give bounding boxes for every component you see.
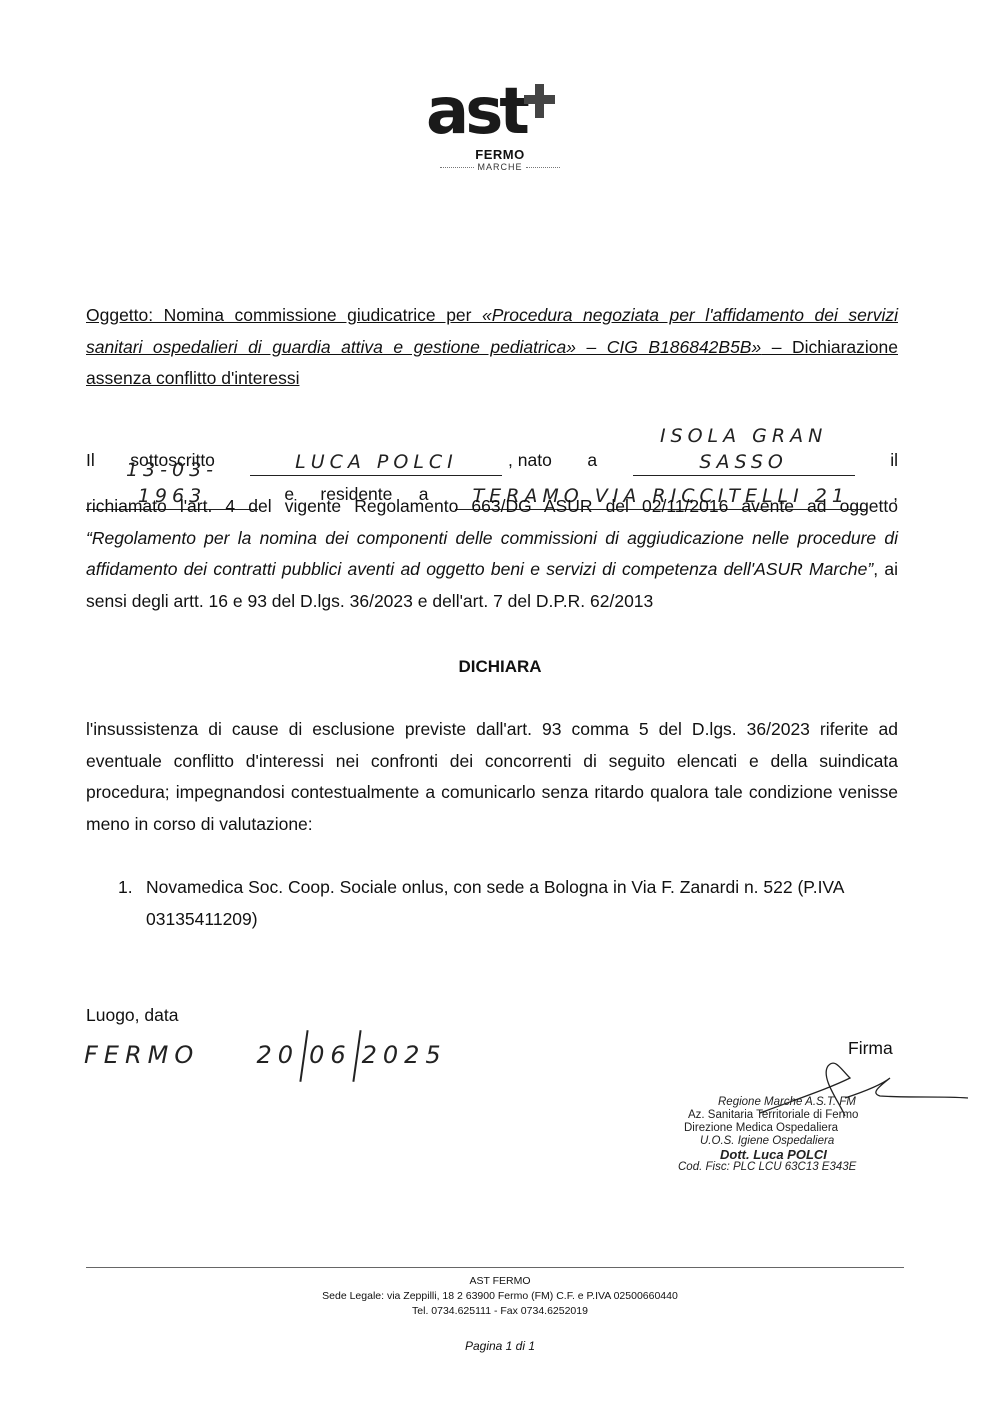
competitor-list: 1. Novamedica Soc. Coop. Sociale onlus, … <box>118 872 898 935</box>
signature-label: Firma <box>848 1038 893 1059</box>
subject: Oggetto: Nomina commissione giudicatrice… <box>86 300 898 395</box>
subject-prefix: Oggetto: Nomina commissione giudicatrice… <box>86 305 482 325</box>
stamp-line: Regione Marche A.S.T. FM <box>660 1096 950 1109</box>
date-day: 20 <box>257 1041 300 1069</box>
footer-contacts: Tel. 0734.625111 - Fax 0734.6252019 <box>0 1304 1000 1319</box>
list-item-number: 1. <box>118 872 133 904</box>
date-month: 06 <box>309 1041 352 1069</box>
ast-fermo-logo: ast FERMO MARCHE <box>420 82 580 192</box>
place-date-label: Luogo, data <box>86 1005 178 1026</box>
page-number: Pagina 1 di 1 <box>0 1339 1000 1353</box>
footer-org: AST FERMO <box>0 1274 1000 1289</box>
date-separator <box>352 1030 361 1082</box>
stamp-line: Direzione Medica Ospedaliera <box>660 1122 950 1135</box>
insussistenza-paragraph: l'insussistenza di cause di esclusione p… <box>86 714 898 840</box>
footer-address: Sede Legale: via Zeppilli, 18 2 63900 Fe… <box>0 1289 1000 1304</box>
date-year: 2025 <box>362 1041 447 1069</box>
stamp-fiscal-code: Cod. Fisc: PLC LCU 63C13 E343E <box>660 1161 950 1174</box>
dichiara-heading: DICHIARA <box>0 657 1000 677</box>
stamp-line: Az. Sanitaria Territoriale di Fermo <box>660 1109 950 1122</box>
logo-region-row: MARCHE <box>420 162 580 172</box>
stamp-name: Dott. Luca POLCI <box>660 1148 950 1161</box>
divider <box>526 167 560 168</box>
list-item-text: Novamedica Soc. Coop. Sociale onlus, con… <box>146 872 898 935</box>
date-separator <box>299 1030 308 1082</box>
official-stamp: Regione Marche A.S.T. FM Az. Sanitaria T… <box>660 1096 950 1174</box>
footer: AST FERMO Sede Legale: via Zeppilli, 18 … <box>0 1274 1000 1319</box>
medical-cross-icon-bar <box>524 95 555 104</box>
list-item: 1. Novamedica Soc. Coop. Sociale onlus, … <box>118 872 898 935</box>
declaration-paragraph: richiamato l'art. 4 del vigente Regolame… <box>86 491 898 617</box>
footer-divider <box>86 1267 904 1268</box>
place-date-field[interactable]: FERMO 20062025 <box>84 1030 447 1082</box>
paragraph-text-1: richiamato l'art. 4 del vigente Regolame… <box>86 496 898 516</box>
logo-brand-text: ast <box>426 82 526 142</box>
divider <box>440 167 474 168</box>
regulation-title: “Regolamento per la nomina dei component… <box>86 528 898 580</box>
place-value: FERMO <box>84 1041 199 1069</box>
ast-logo-mark: ast <box>420 82 580 150</box>
logo-region: MARCHE <box>477 162 522 172</box>
